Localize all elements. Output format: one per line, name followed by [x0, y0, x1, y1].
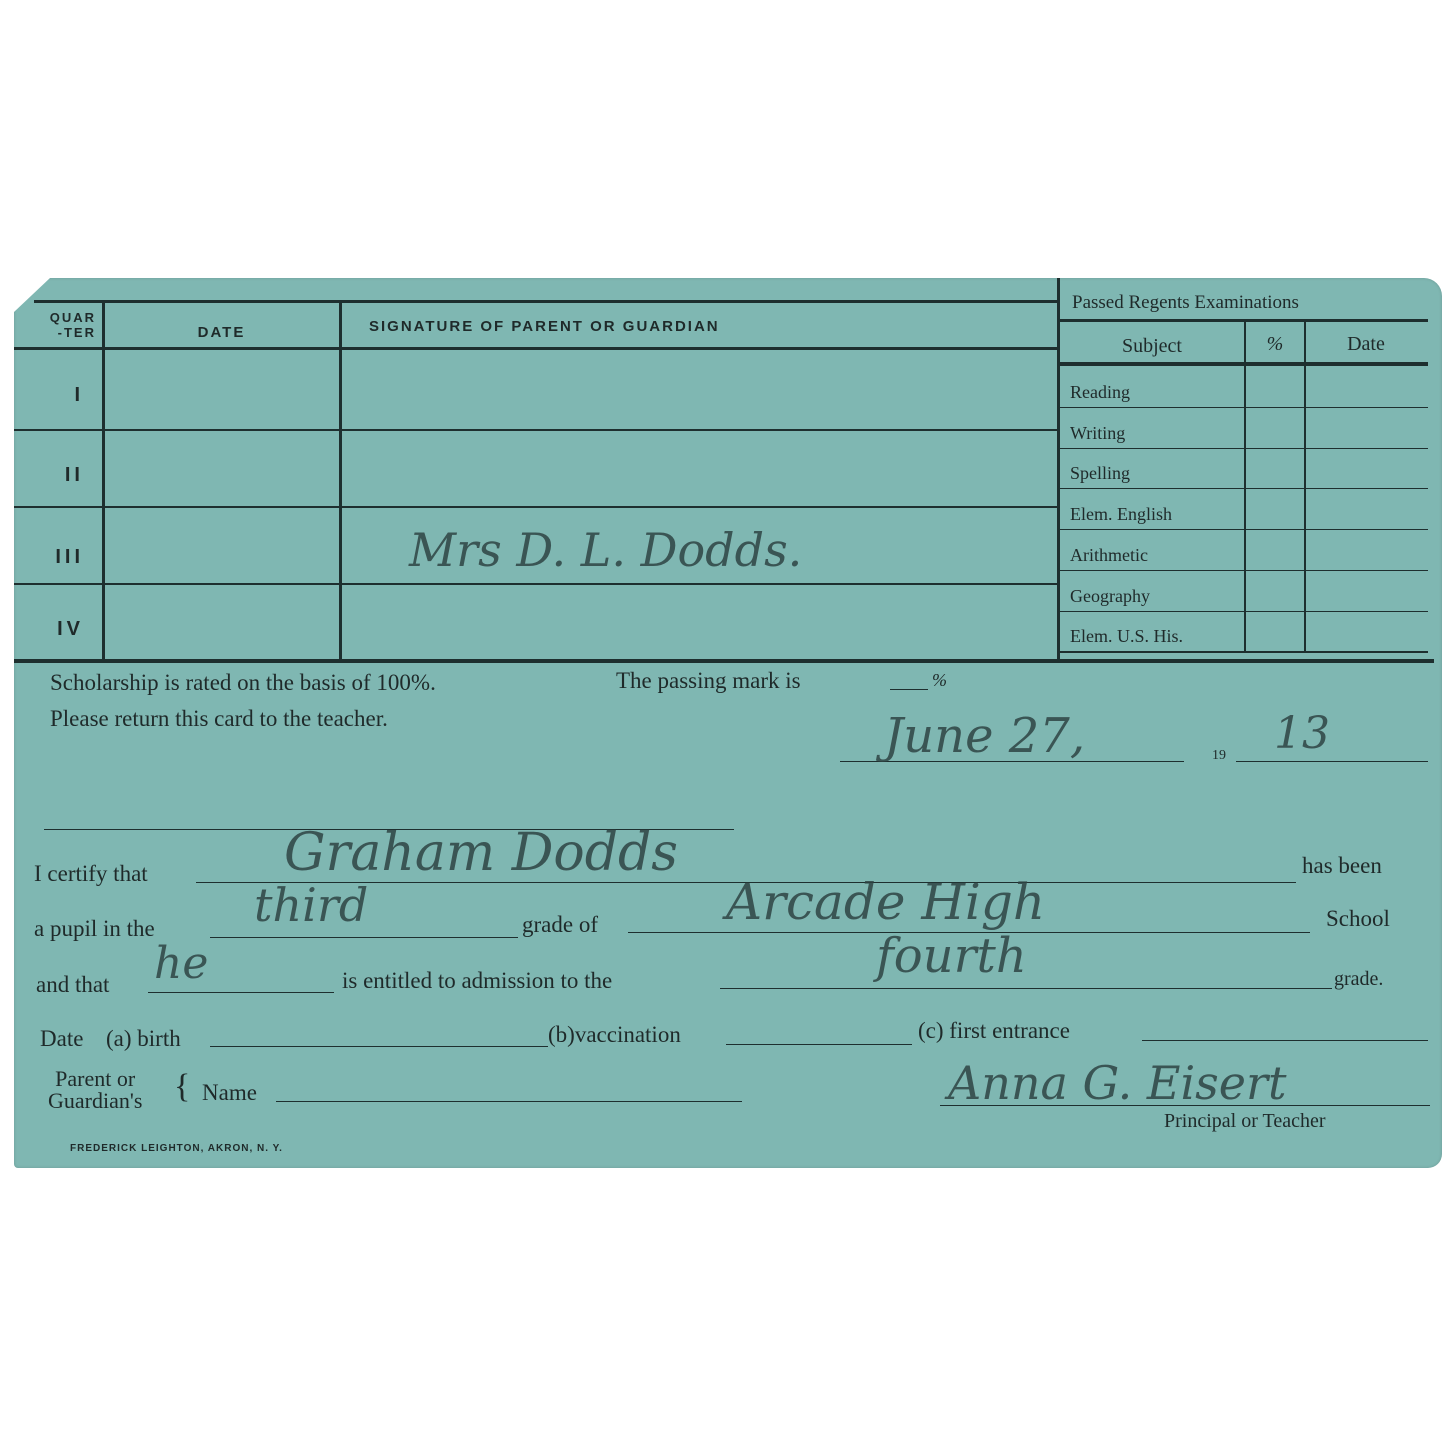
column-divider: [102, 302, 105, 660]
signature-header: SIGNATURE OF PARENT OR GUARDIAN: [369, 318, 720, 335]
report-card: QUAR -TER DATE SIGNATURE OF PARENT OR GU…: [14, 278, 1442, 1168]
regents-header-bottom: [1058, 362, 1428, 366]
school-label: School: [1326, 906, 1390, 932]
regents-row-divider: [1060, 529, 1428, 530]
grade-blank: [210, 937, 518, 938]
vaccination-label: (b)vaccination: [548, 1022, 681, 1048]
quarter-label: III: [14, 546, 84, 569]
regents-row-divider: [1060, 448, 1428, 449]
printer-imprint: FREDERICK LEIGHTON, AKRON, N. Y.: [70, 1143, 283, 1154]
guardian-name-blank: [276, 1101, 742, 1102]
regents-subject: Arithmetic: [1070, 545, 1148, 566]
grade-label: grade.: [1334, 968, 1383, 991]
guardian-label-line1: Parent or: [48, 1068, 142, 1090]
current-grade[interactable]: third: [254, 878, 368, 932]
brace: {: [174, 1070, 190, 1104]
entitled-label: is entitled to admission to the: [342, 968, 612, 994]
quarter-label: II: [14, 464, 84, 487]
grade-of-label: grade of: [522, 912, 598, 938]
date-year[interactable]: 13: [1274, 708, 1330, 759]
teacher-label: Principal or Teacher: [1164, 1110, 1326, 1133]
scholarship-note: Scholarship is rated on the basis of 100…: [50, 670, 436, 696]
regents-percent-header: %: [1246, 333, 1304, 356]
guardian-name-label: Name: [202, 1080, 257, 1106]
vaccination-blank: [726, 1044, 912, 1045]
column-divider: [339, 302, 342, 660]
percent-sign: %: [932, 670, 947, 691]
teacher-signature[interactable]: Anna G. Eisert: [948, 1056, 1286, 1110]
regents-subject: Writing: [1070, 423, 1125, 444]
century-label: 19: [1212, 748, 1226, 764]
regents-title: Passed Regents Examinations: [1072, 292, 1299, 314]
regents-date-header: Date: [1306, 333, 1426, 356]
quarter-label: IV: [14, 618, 84, 641]
date-label: Date: [40, 1026, 83, 1052]
quarter-header: QUAR -TER: [16, 310, 96, 340]
pupil-name[interactable]: Graham Dodds: [284, 823, 678, 883]
regents-subject: Geography: [1070, 586, 1150, 607]
passing-mark-label: The passing mark is: [616, 668, 801, 694]
table-header-divider: [14, 347, 1058, 350]
regents-subject-header: Subject: [1060, 335, 1244, 358]
row-divider: [14, 506, 1058, 508]
birth-label: (a) birth: [106, 1026, 181, 1052]
pronoun[interactable]: he: [154, 938, 208, 989]
teacher-signature-blank: [940, 1105, 1430, 1106]
first-entrance-blank: [1142, 1040, 1428, 1041]
birth-blank: [210, 1046, 548, 1047]
certify-label: I certify that: [34, 861, 148, 887]
date-header: DATE: [104, 324, 339, 341]
regents-bottom: [1060, 651, 1428, 653]
regents-col-divider: [1304, 320, 1306, 653]
regents-row-divider: [1060, 488, 1428, 489]
regents-subject: Spelling: [1070, 463, 1130, 484]
next-grade-blank: [720, 988, 1332, 989]
regents-row-divider: [1060, 407, 1428, 408]
guardian-label-line2: Guardian's: [48, 1090, 142, 1112]
pupil-in-label: a pupil in the: [34, 916, 155, 942]
table-top-border: [34, 300, 1058, 303]
regents-row-divider: [1060, 611, 1428, 612]
quarter-header-line2: -TER: [16, 325, 96, 340]
passing-mark-blank: [890, 689, 928, 690]
regents-subject: Reading: [1070, 382, 1130, 403]
return-note: Please return this card to the teacher.: [50, 706, 388, 732]
year-blank: [1236, 761, 1428, 762]
regents-subject: Elem. U.S. His.: [1070, 626, 1183, 647]
has-been-label: has been: [1302, 853, 1382, 879]
school-name[interactable]: Arcade High: [726, 873, 1045, 931]
regents-header-top: [1058, 319, 1428, 322]
first-entrance-label: (c) first entrance: [918, 1018, 1070, 1044]
and-that-label: and that: [36, 972, 109, 998]
row-divider: [14, 583, 1058, 585]
row-divider: [14, 429, 1058, 431]
table-bottom-border: [14, 659, 1434, 663]
regents-subject: Elem. English: [1070, 504, 1172, 525]
guardian-label: Parent or Guardian's: [48, 1068, 142, 1112]
regents-col-divider: [1244, 320, 1246, 653]
next-grade[interactable]: fourth: [876, 928, 1027, 984]
quarter-header-line1: QUAR: [16, 310, 96, 325]
parent-signature[interactable]: Mrs D. L. Dodds.: [409, 523, 802, 577]
regents-row-divider: [1060, 570, 1428, 571]
torn-corner: [14, 278, 50, 312]
date-month-day[interactable]: June 27,: [884, 708, 1085, 764]
pronoun-blank: [148, 992, 334, 993]
quarter-label: I: [14, 384, 84, 407]
